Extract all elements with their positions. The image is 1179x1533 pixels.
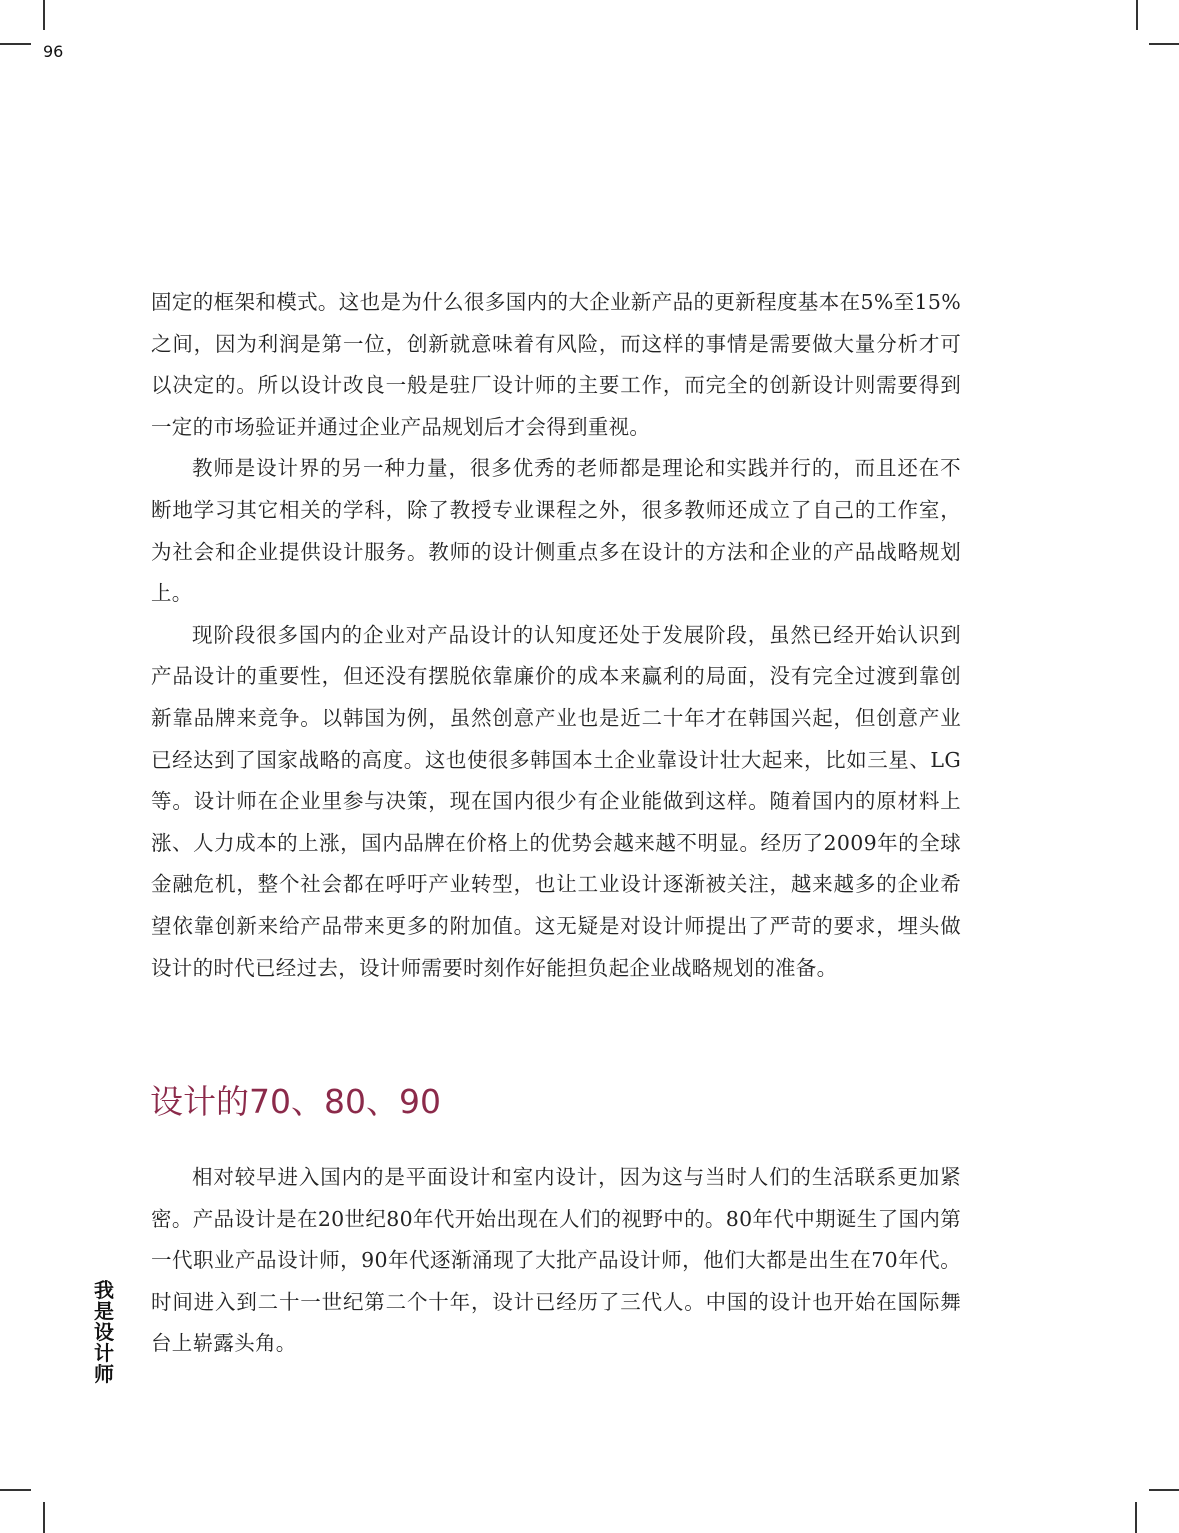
page-number: 96 [43,42,63,61]
crop-mark-top-right-vertical [1136,0,1138,30]
crop-mark-top-left-vertical [43,0,45,30]
paragraph: 固定的框架和模式。这也是为什么很多国内的大企业新产品的更新程度基本在5%至15%… [151,282,961,448]
paragraph: 现阶段很多国内的企业对产品设计的认知度还处于发展阶段，虽然已经开始认识到产品设计… [151,615,961,989]
crop-mark-top-left-horizontal [0,43,31,45]
crop-mark-top-right-horizontal [1149,43,1179,45]
paragraph: 相对较早进入国内的是平面设计和室内设计，因为这与当时人们的生活联系更加紧密。产品… [151,1157,961,1365]
crop-mark-bottom-right-horizontal [1149,1489,1179,1491]
book-title-char: 设 [92,1322,116,1343]
book-title-char: 是 [92,1301,116,1322]
book-title-vertical: 我 是 设 计 师 [92,1280,116,1385]
book-title-char: 师 [92,1364,116,1385]
crop-mark-bottom-right-vertical [1135,1502,1137,1533]
crop-mark-bottom-left-horizontal [0,1489,31,1491]
paragraph: 教师是设计界的另一种力量，很多优秀的老师都是理论和实践并行的，而且还在不断地学习… [151,448,961,614]
crop-mark-bottom-left-vertical [43,1502,45,1533]
book-title-char: 我 [92,1280,116,1301]
body-section-2: 相对较早进入国内的是平面设计和室内设计，因为这与当时人们的生活联系更加紧密。产品… [151,1157,961,1365]
body-section-1: 固定的框架和模式。这也是为什么很多国内的大企业新产品的更新程度基本在5%至15%… [151,282,961,989]
book-title-char: 计 [92,1343,116,1364]
section-heading: 设计的70、80、90 [150,1076,441,1123]
